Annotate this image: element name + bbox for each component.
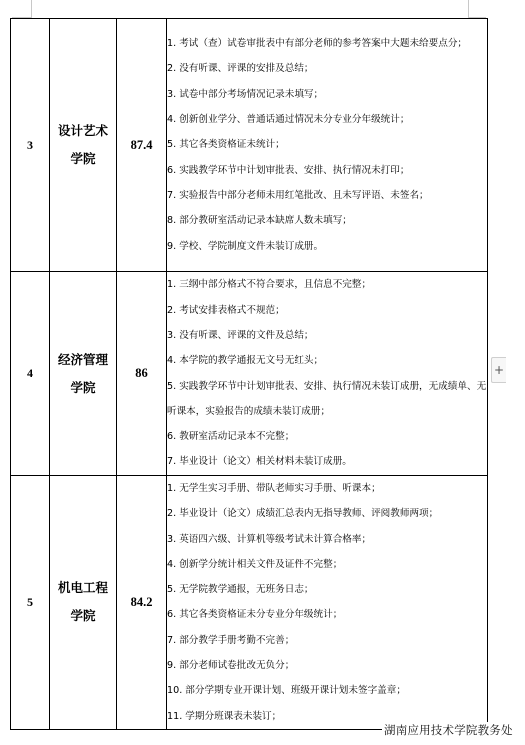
issue-item: 6. 教研室活动记录本不完整；	[167, 424, 487, 449]
evaluation-table: 3 设计艺术 学院 87.4 1. 考试（查）试卷审批表中有部分老师的参考答案中…	[10, 18, 488, 730]
issue-item: 2. 没有听课、评课的安排及总结；	[167, 56, 487, 81]
issue-item: 9. 部分老师试卷批改无负分；	[167, 653, 487, 678]
issue-item: 4. 本学院的教学通报无文号无红头；	[167, 348, 487, 373]
issue-item: 5. 实践教学环节中计划审批表、安排、执行情况未装订成册，无成绩单、无听课本，实…	[167, 374, 487, 425]
college-name-line1: 机电工程	[50, 574, 116, 602]
issues-cell: 1. 三纲中部分格式不符合要求，且信息不完整； 2. 考试安排表格式不规范； 3…	[167, 272, 488, 476]
issue-item: 1. 三纲中部分格式不符合要求，且信息不完整；	[167, 272, 487, 297]
college-cell: 经济管理 学院	[50, 272, 117, 476]
college-cell: 设计艺术 学院	[50, 19, 117, 272]
issue-item: 7. 部分教学手册考勤不完善；	[167, 628, 487, 653]
add-row-handle[interactable]: +	[491, 357, 506, 383]
issue-item: 1. 考试（查）试卷审批表中有部分老师的参考答案中大题未给要点分；	[167, 31, 487, 56]
issue-item: 4. 创新创业学分、普通话通过情况未分专业分年级统计；	[167, 107, 487, 132]
college-name-line2: 学院	[50, 374, 116, 402]
issue-item: 2. 毕业设计（论文）成绩汇总表内无指导教师、评阅教师两项；	[167, 501, 487, 526]
rank-cell: 5	[11, 476, 50, 730]
issue-item: 7. 毕业设计（论文）相关材料未装订成册。	[167, 449, 487, 474]
issue-item: 3. 没有听课、评课的文件及总结；	[167, 323, 487, 348]
issue-item: 2. 考试安排表格式不规范；	[167, 298, 487, 323]
plus-icon: +	[494, 363, 504, 377]
issue-item: 3. 英语四六级、计算机等级考试未计算合格率；	[167, 527, 487, 552]
page-margin-guide-right	[468, 0, 469, 18]
issue-item: 10. 部分学期专业开课计划、班级开课计划未签字盖章；	[167, 678, 487, 703]
issue-item: 7. 实验报告中部分老师未用红笔批改、且未写评语、未签名；	[167, 183, 487, 208]
score-cell: 84.2	[117, 476, 167, 730]
college-name-line1: 经济管理	[50, 346, 116, 374]
table-row: 5 机电工程 学院 84.2 1. 无学生实习手册、带队老师实习手册、听课本； …	[11, 476, 488, 730]
score-cell: 86	[117, 272, 167, 476]
college-cell: 机电工程 学院	[50, 476, 117, 730]
issue-item: 5. 无学院教学通报，无班务日志；	[167, 577, 487, 602]
page-margin-guide-left	[31, 0, 32, 18]
issue-item: 6. 其它各类资格证未分专业分年级统计；	[167, 602, 487, 627]
issue-item: 5. 其它各类资格证未统计；	[167, 132, 487, 157]
college-name-line1: 设计艺术	[50, 117, 116, 145]
table-row: 4 经济管理 学院 86 1. 三纲中部分格式不符合要求，且信息不完整； 2. …	[11, 272, 488, 476]
source-watermark: 湖南应用技术学院教务处	[382, 722, 515, 738]
score-cell: 87.4	[117, 19, 167, 272]
issues-cell: 1. 考试（查）试卷审批表中有部分老师的参考答案中大题未给要点分； 2. 没有听…	[167, 19, 488, 272]
issue-item: 9. 学校、学院制度文件未装订成册。	[167, 234, 487, 259]
rank-cell: 4	[11, 272, 50, 476]
college-name-line2: 学院	[50, 145, 116, 173]
issue-item: 4. 创新学分统计相关文件及证件不完整；	[167, 552, 487, 577]
issues-cell: 1. 无学生实习手册、带队老师实习手册、听课本； 2. 毕业设计（论文）成绩汇总…	[167, 476, 488, 730]
rank-cell: 3	[11, 19, 50, 272]
issue-item: 3. 试卷中部分考场情况记录未填写；	[167, 82, 487, 107]
issue-item: 8. 部分教研室活动记录本缺席人数未填写；	[167, 208, 487, 233]
college-name-line2: 学院	[50, 602, 116, 630]
issue-item: 6. 实践教学环节中计划审批表、安排、执行情况未打印；	[167, 158, 487, 183]
issue-item: 1. 无学生实习手册、带队老师实习手册、听课本；	[167, 476, 487, 501]
table-row: 3 设计艺术 学院 87.4 1. 考试（查）试卷审批表中有部分老师的参考答案中…	[11, 19, 488, 272]
